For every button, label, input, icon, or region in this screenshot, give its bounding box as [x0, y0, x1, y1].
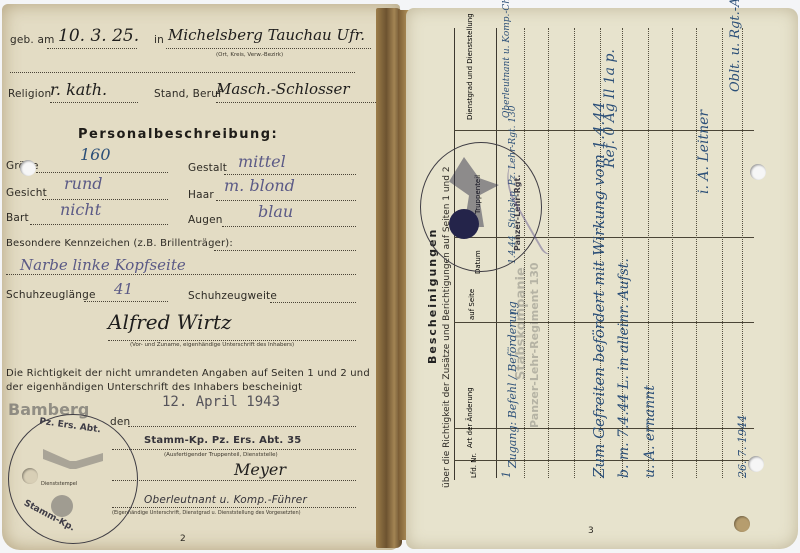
handwritten-line-3: b. m. 7.4.44 L. in alleinr. Aufst.	[616, 258, 632, 478]
handwritten-line-4: u. A. ernannt	[642, 385, 658, 478]
right-page: Bescheinigungen über die Richtigkeit der…	[406, 8, 798, 549]
column-header-number: Lfd. Nr.	[470, 453, 478, 478]
shoe-length-line	[84, 301, 168, 302]
religion-line	[50, 102, 138, 103]
column-line	[524, 28, 525, 478]
special-marks-label: Besondere Kennzeichen (z.B. Brillenträge…	[6, 238, 233, 249]
special-marks-line-1	[214, 250, 356, 251]
column-header-page: auf Seite	[468, 289, 476, 320]
unit-line	[112, 449, 356, 450]
eyes-value: blau	[258, 202, 293, 221]
swastika-wreath-icon	[51, 495, 73, 517]
officer-signature-line	[112, 480, 356, 481]
column-line	[696, 28, 697, 478]
birth-date-value: 10. 3. 25.	[58, 26, 139, 46]
beard-value: nicht	[60, 200, 101, 219]
swastika-wreath-icon	[449, 209, 479, 239]
column-line	[722, 28, 723, 478]
certification-line-2: der eigenhändigen Unterschrift des Inhab…	[6, 382, 302, 393]
height-line	[36, 172, 168, 173]
build-label: Gestalt	[188, 162, 227, 174]
round-stamp-top: Pz. Ers. Abt.	[39, 417, 102, 436]
birth-date-label: geb. am	[10, 34, 55, 46]
column-line	[672, 28, 673, 478]
section-title: Personalbeschreibung:	[78, 127, 278, 142]
religion-label: Religion	[8, 88, 51, 100]
beard-label: Bart	[6, 212, 29, 224]
special-marks-value: Narbe linke Kopfseite	[20, 256, 186, 274]
birth-place-line	[166, 48, 371, 49]
faint-stamp-line-2: Panzer-Lehr-Regiment 130	[528, 262, 541, 428]
birth-date-line	[47, 48, 137, 49]
column-line	[742, 28, 743, 478]
signature-line	[108, 340, 356, 341]
beard-line	[30, 224, 168, 225]
column-header-change-type: Art der Änderung	[466, 387, 474, 448]
left-page: geb. am 10. 3. 25. in Michelsberg Taucha…	[2, 4, 400, 550]
signature-hint: (Vor- und Zuname, eigenhändige Unterschr…	[130, 342, 294, 348]
page-number-left: 2	[180, 534, 186, 544]
eyes-line	[222, 226, 356, 227]
date-line	[128, 426, 356, 427]
face-label: Gesicht	[6, 187, 47, 199]
shoe-length-value: 41	[114, 280, 133, 298]
punch-hole	[750, 164, 766, 180]
shoe-length-label: Schuhzeuglänge	[6, 289, 96, 301]
hair-label: Haar	[188, 189, 214, 201]
handwritten-line-2: Ref. 0 Ag Il 1a p.	[602, 49, 618, 168]
row-number: 1	[500, 471, 513, 478]
occupation-value: Masch.-Schlosser	[216, 80, 350, 98]
eagle-emblem-icon	[43, 449, 103, 469]
birth-place-label: in	[154, 34, 164, 46]
eyes-label: Augen	[188, 214, 223, 226]
handwritten-line-7: 26. 7. 1944	[736, 415, 749, 478]
handwritten-line-6: Oblt. u. Rgt.-Adj.	[728, 0, 743, 92]
officer-hint: (Eigenhändige Unterschrift, Dienstgrad u…	[112, 510, 301, 516]
birth-place-value: Michelsberg Tauchau Ufr.	[168, 26, 365, 44]
shoe-width-label: Schuhzeugweite	[188, 290, 277, 302]
religion-value: r. kath.	[50, 80, 107, 99]
build-value: mittel	[238, 152, 286, 171]
face-value: rund	[64, 174, 103, 193]
officer-rank-line	[112, 507, 356, 508]
officer-signature: Meyer	[234, 460, 286, 479]
handwritten-line-5: i. A. Leitner	[696, 110, 712, 194]
occupation-label: Stand, Beruf	[154, 88, 222, 100]
holder-signature: Alfred Wirtz	[108, 310, 232, 334]
extra-line	[10, 72, 355, 73]
certification-line-1: Die Richtigkeit der nicht umrandeten Ang…	[6, 368, 370, 379]
column-header-rank: Dienstgrad und Dienststellung	[466, 13, 474, 120]
punch-hole	[20, 160, 36, 176]
shoe-width-line	[270, 302, 356, 303]
page-number-right: 3	[588, 526, 594, 536]
column-line	[574, 28, 575, 478]
hair-line	[216, 200, 356, 201]
birth-place-hint: (Ort, Kreis, Verw.-Bezirk)	[216, 52, 283, 58]
hair-value: m. blond	[224, 176, 295, 195]
occupation-line	[216, 102, 376, 103]
round-stamp-center: Dienststempel	[41, 481, 77, 487]
punch-hole	[748, 456, 764, 472]
build-line	[224, 174, 356, 175]
faint-stamp-line-1: Stabskompanie	[514, 267, 529, 380]
punch-hole	[22, 468, 38, 484]
table-border-left	[454, 240, 455, 480]
officer-rank: Oberleutnant u. Komp.-Führer	[144, 494, 307, 506]
unit-hint: (Ausfertigender Truppenteil, Dienststell…	[164, 452, 278, 458]
unit-stamp: Stamm-Kp. Pz. Ers. Abt. 35	[144, 435, 301, 446]
special-marks-line-2	[6, 274, 356, 275]
date-stamp: 12. April 1943	[162, 394, 280, 410]
row-rank: Oberleutnant u. Komp.-Chef	[502, 0, 512, 118]
punch-hole	[734, 516, 750, 532]
height-value: 160	[80, 145, 111, 164]
